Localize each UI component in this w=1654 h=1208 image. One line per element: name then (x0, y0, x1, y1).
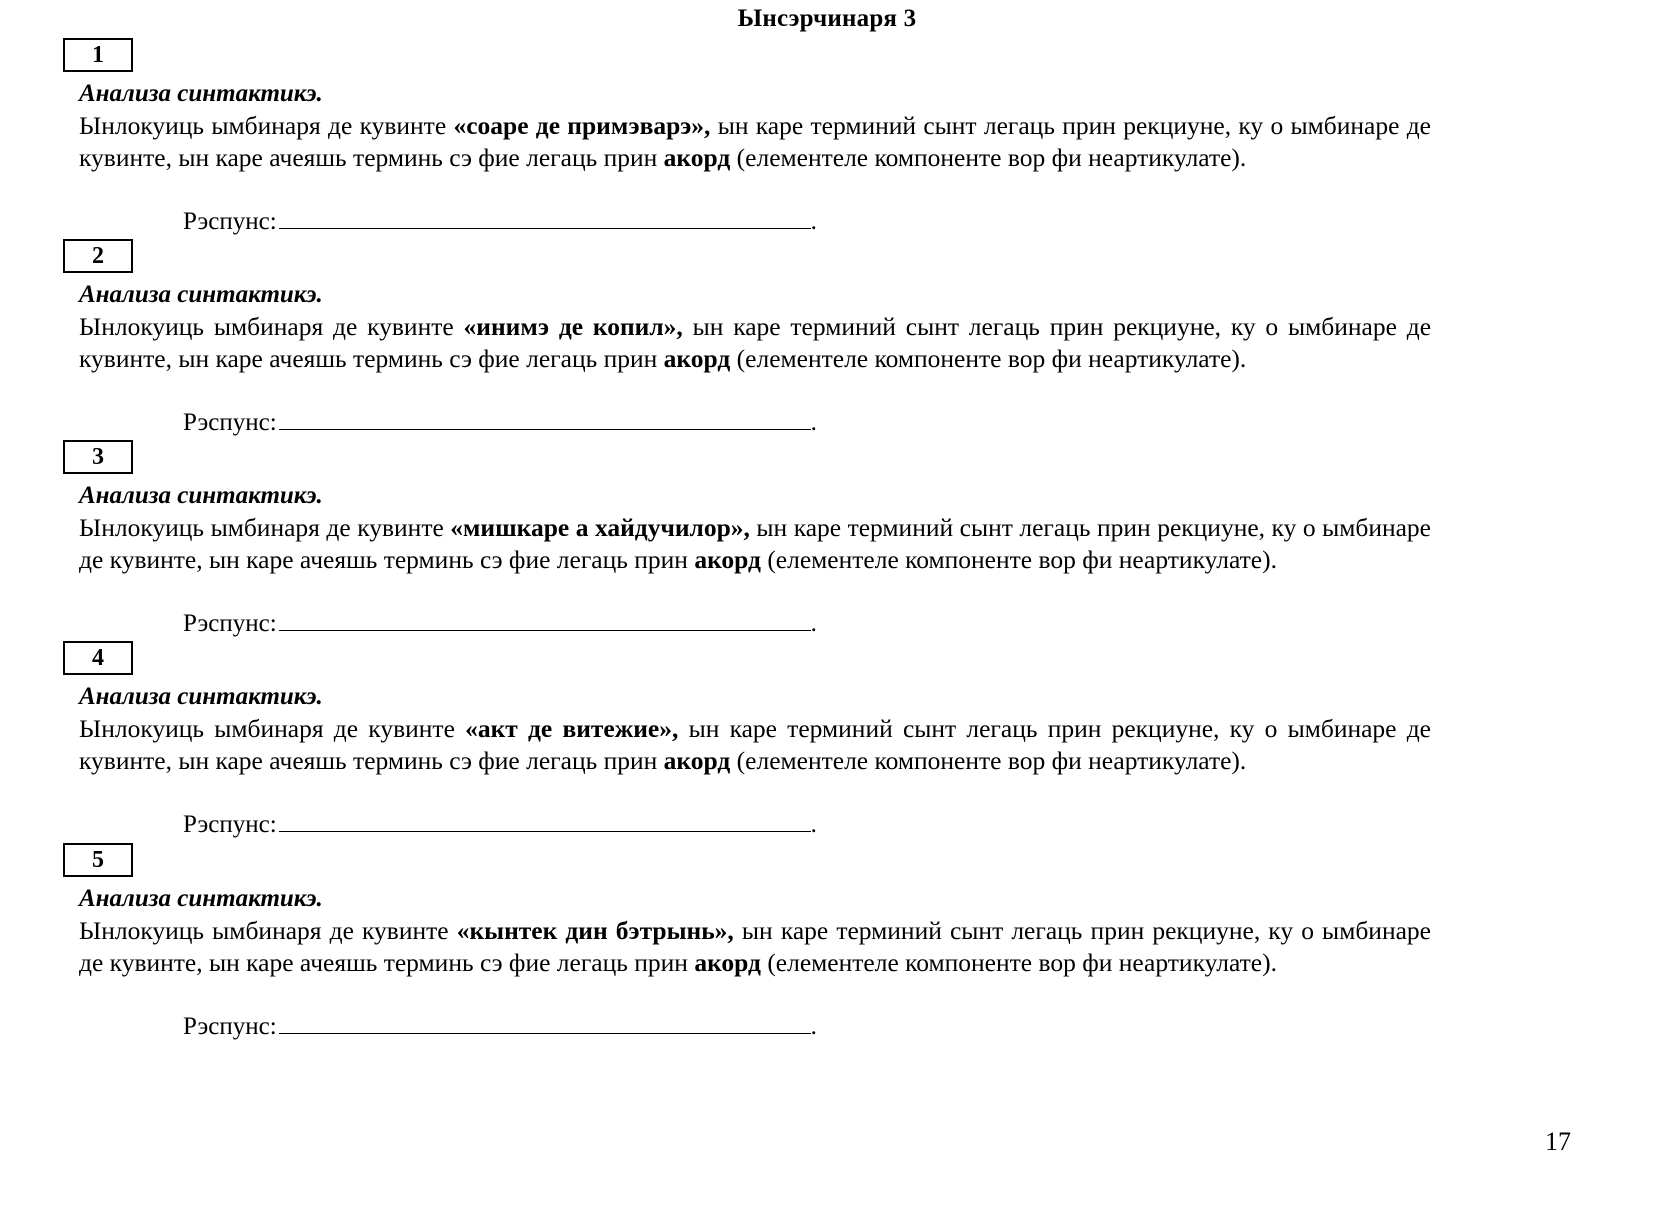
exercise-3: 3 Анализа синтактикэ. Ынлокуиць ымбинаря… (0, 440, 1654, 641)
exercise-instructions: Ынлокуиць ымбинаря де кувинте «кынтек ди… (79, 915, 1431, 979)
answer-field[interactable] (279, 1011, 811, 1034)
instruction-text: (елементеле компоненте вор фи неартикула… (730, 143, 1246, 172)
answer-period: . (811, 811, 817, 838)
answer-period: . (811, 208, 817, 235)
instruction-text: (елементеле компоненте вор фи неартикула… (761, 948, 1277, 977)
answer-period: . (811, 409, 817, 436)
exercise-number-box: 4 (63, 641, 133, 675)
keyword: акорд (664, 746, 731, 775)
instruction-text: (елементеле компоненте вор фи неартикула… (730, 344, 1246, 373)
page-title: Ынсэрчинаря 3 (0, 4, 1654, 34)
keyword: акорд (694, 545, 761, 574)
answer-field[interactable] (279, 206, 811, 229)
answer-label: Рэспунс: (183, 610, 277, 637)
answer-row: Рэспунс:. (183, 608, 817, 640)
answer-label: Рэспунс: (183, 409, 277, 436)
exercise-5: 5 Анализа синтактикэ. Ынлокуиць ымбинаря… (0, 843, 1654, 1044)
answer-row: Рэспунс:. (183, 809, 817, 841)
answer-period: . (811, 1013, 817, 1040)
instruction-text: (елементеле компоненте вор фи неартикула… (730, 746, 1246, 775)
instruction-text: Ынлокуиць ымбинаря де кувинте (79, 111, 453, 140)
target-phrase: «акт де витежие», (465, 714, 678, 743)
exercise-heading: Анализа синтактикэ. (79, 279, 323, 311)
exercise-2: 2 Анализа синтактикэ. Ынлокуиць ымбинаря… (0, 239, 1654, 440)
exercise-heading: Анализа синтактикэ. (79, 78, 323, 110)
answer-field[interactable] (279, 608, 811, 631)
instruction-text: (елементеле компоненте вор фи неартикула… (761, 545, 1277, 574)
exercise-instructions: Ынлокуиць ымбинаря де кувинте «акт де ви… (79, 713, 1431, 777)
keyword: акорд (664, 344, 731, 373)
exercise-heading: Анализа синтактикэ. (79, 480, 323, 512)
answer-period: . (811, 610, 817, 637)
exercise-1: 1 Анализа синтактикэ. Ынлокуиць ымбинаря… (0, 38, 1654, 239)
target-phrase: «кынтек дин бэтрынь», (457, 916, 734, 945)
target-phrase: «соаре де примэварэ», (453, 111, 710, 140)
target-phrase: «инимэ де копил», (464, 312, 683, 341)
answer-row: Рэспунс:. (183, 407, 817, 439)
keyword: акорд (694, 948, 761, 977)
answer-field[interactable] (279, 407, 811, 430)
exercise-4: 4 Анализа синтактикэ. Ынлокуиць ымбинаря… (0, 641, 1654, 842)
answer-row: Рэспунс:. (183, 1011, 817, 1043)
instruction-text: Ынлокуиць ымбинаря де кувинте (79, 513, 450, 542)
page-number: 17 (1545, 1127, 1571, 1157)
exercise-number-box: 5 (63, 843, 133, 877)
exercise-number-box: 2 (63, 239, 133, 273)
exercise-instructions: Ынлокуиць ымбинаря де кувинте «мишкаре а… (79, 512, 1431, 576)
instruction-text: Ынлокуиць ымбинаря де кувинте (79, 916, 457, 945)
answer-row: Рэспунс:. (183, 206, 817, 238)
exercise-number-box: 1 (63, 38, 133, 72)
exercise-heading: Анализа синтактикэ. (79, 883, 323, 915)
instruction-text: Ынлокуиць ымбинаря де кувинте (79, 714, 465, 743)
exercise-heading: Анализа синтактикэ. (79, 681, 323, 713)
exercise-instructions: Ынлокуиць ымбинаря де кувинте «инимэ де … (79, 311, 1431, 375)
answer-label: Рэспунс: (183, 811, 277, 838)
answer-label: Рэспунс: (183, 208, 277, 235)
target-phrase: «мишкаре а хайдучилор», (450, 513, 750, 542)
answer-label: Рэспунс: (183, 1013, 277, 1040)
exercise-number-box: 3 (63, 440, 133, 474)
keyword: акорд (664, 143, 731, 172)
answer-field[interactable] (279, 809, 811, 832)
exercise-instructions: Ынлокуиць ымбинаря де кувинте «соаре де … (79, 110, 1431, 174)
instruction-text: Ынлокуиць ымбинаря де кувинте (79, 312, 464, 341)
